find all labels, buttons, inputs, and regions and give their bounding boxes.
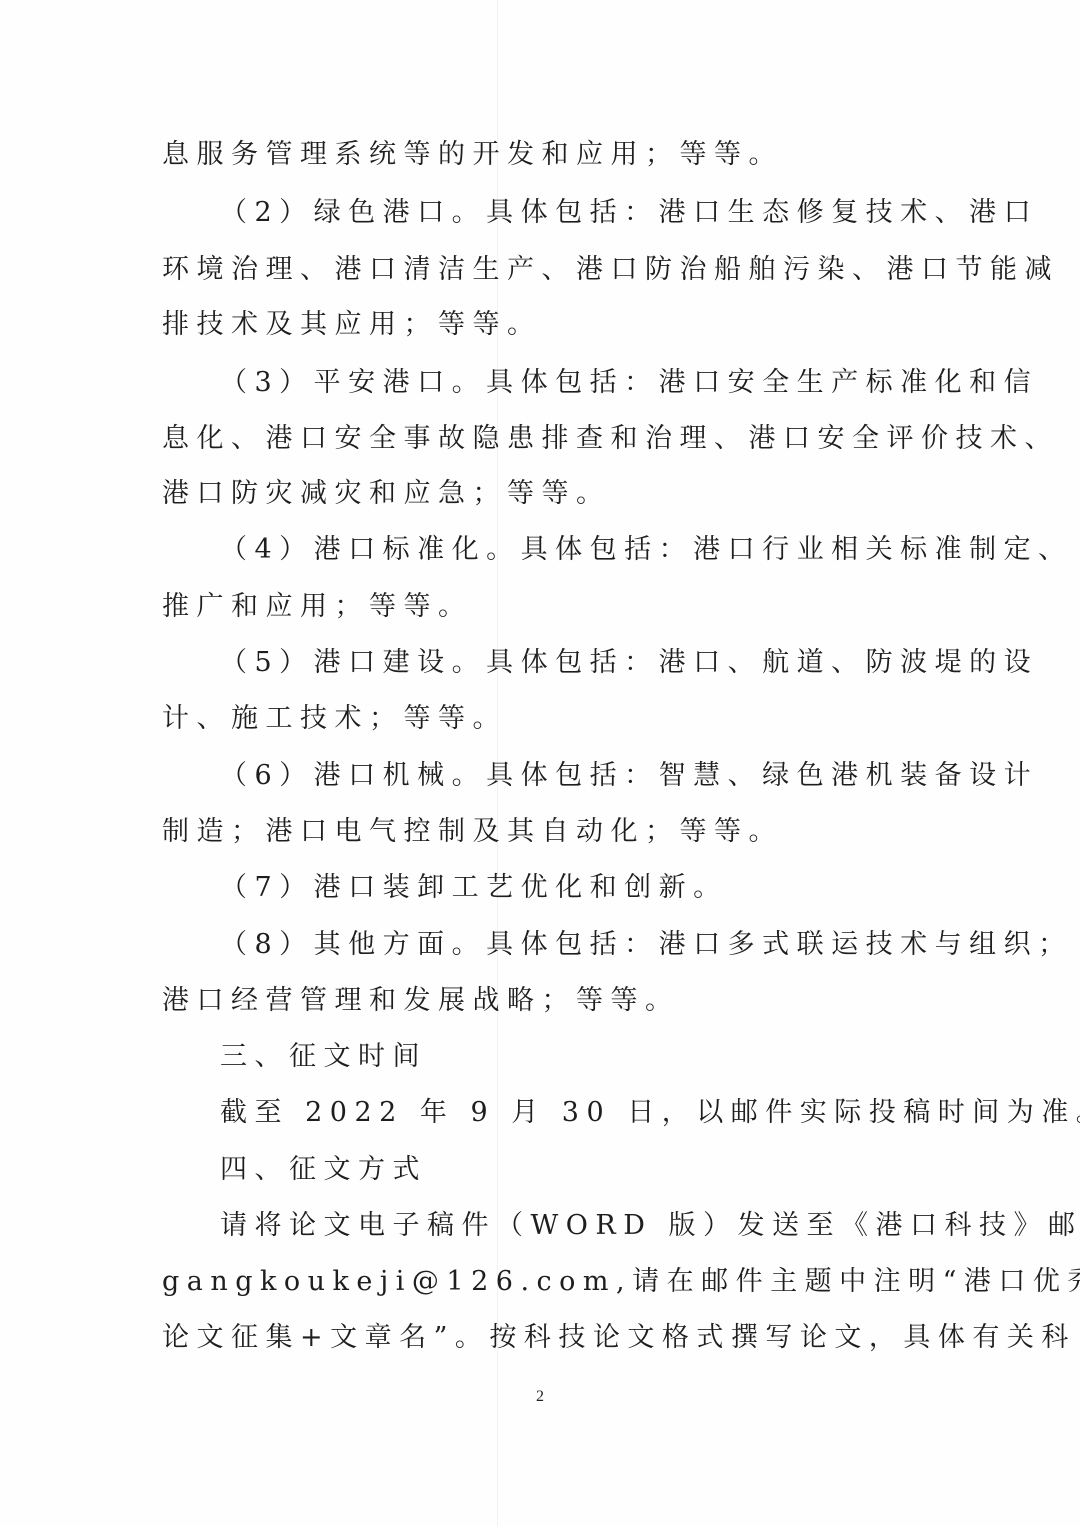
text-line: 排技术及其应用；等等。: [162, 305, 922, 345]
section-heading-deadline: 三、征文时间: [220, 1037, 980, 1077]
list-item-handling-process: （7）港口装卸工艺优化和创新。: [220, 868, 980, 908]
text-line: 港口经营管理和发展战略；等等。: [162, 981, 922, 1021]
list-item-other: （8）其他方面。具体包括：港口多式联运技术与组织；: [220, 925, 980, 965]
document-page: 息服务管理系统等的开发和应用；等等。 （2）绿色港口。具体包括：港口生态修复技术…: [0, 0, 1080, 1526]
text-line-continuation: 息服务管理系统等的开发和应用；等等。: [162, 135, 922, 175]
list-item-port-construction: （5）港口建设。具体包括：港口、航道、防波堤的设: [220, 643, 980, 683]
text-line: 推广和应用；等等。: [162, 587, 922, 627]
submission-email-line: gangkoukeji@126.com,请在邮件主题中注明“港口优秀科技: [162, 1262, 922, 1302]
text-line: 计、施工技术；等等。: [162, 699, 922, 739]
list-item-safe-port: （3）平安港口。具体包括：港口安全生产标准化和信: [220, 363, 980, 403]
page-number: 2: [0, 1388, 1080, 1406]
text-line: 环境治理、港口清洁生产、港口防治船舶污染、港口节能减: [162, 250, 922, 290]
list-item-port-standardization: （4）港口标准化。具体包括：港口行业相关标准制定、: [220, 530, 980, 570]
text-line: 息化、港口安全事故隐患排查和治理、港口安全评价技术、: [162, 419, 922, 459]
submission-text: 请将论文电子稿件（WORD 版）发送至《港口科技》邮箱: [220, 1206, 980, 1246]
deadline-text: 截至 2022 年 9 月 30 日，以邮件实际投稿时间为准。: [220, 1093, 980, 1133]
list-item-port-machinery: （6）港口机械。具体包括：智慧、绿色港机装备设计: [220, 756, 980, 796]
list-item-green-port: （2）绿色港口。具体包括：港口生态修复技术、港口: [220, 193, 980, 233]
text-line: 港口防灾减灾和应急；等等。: [162, 474, 922, 514]
text-line: 论文征集+文章名”。按科技论文格式撰写论文，具体有关科: [162, 1318, 922, 1358]
section-heading-submission: 四、征文方式: [220, 1150, 980, 1190]
text-line: 制造；港口电气控制及其自动化；等等。: [162, 812, 922, 852]
